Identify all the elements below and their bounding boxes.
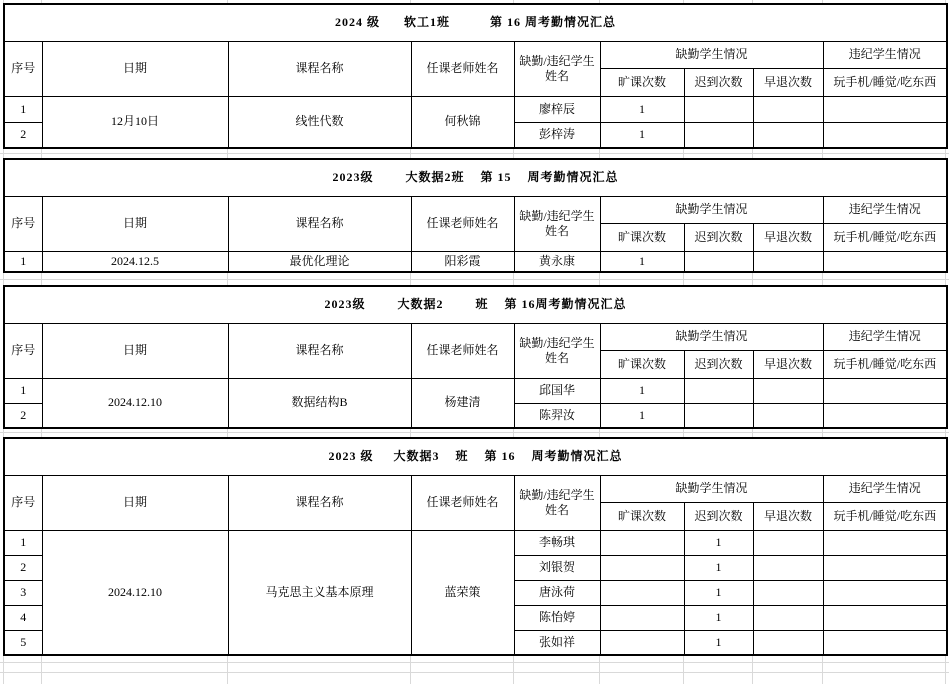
cell-early-count: [753, 378, 823, 403]
header-course: 课程名称: [228, 475, 411, 530]
cell-teacher: 阳彩霞: [411, 251, 514, 272]
cell-truancy-count: [600, 630, 684, 655]
table-title: 2023 级 大数据3 班 第 16 周考勤情况汇总: [4, 438, 947, 475]
table-row: 1 2024.12.10 数据结构B 杨建清 邱国华 1: [4, 378, 947, 403]
table-row: 2023级 大数据2 班 第 16周考勤情况汇总: [4, 286, 947, 323]
header-date: 日期: [42, 475, 228, 530]
header-student: 缺勤/违纪学生姓名: [514, 196, 600, 251]
cell-truancy-count: [600, 530, 684, 555]
header-student: 缺勤/违纪学生姓名: [514, 475, 600, 530]
cell-late-count: 1: [684, 630, 753, 655]
cell-early-count: [753, 605, 823, 630]
header-seq: 序号: [4, 475, 42, 530]
cell-late-count: [684, 403, 753, 428]
cell-violation: [823, 403, 947, 428]
header-late: 迟到次数: [684, 68, 753, 96]
cell-student-name: 唐泳荷: [514, 580, 600, 605]
cell-early-count: [753, 530, 823, 555]
header-violation-detail: 玩手机/睡觉/吃东西: [823, 502, 947, 530]
cell-teacher: 何秋锦: [411, 96, 514, 148]
table-row: 1 12月10日 线性代数 何秋锦 廖梓辰 1: [4, 96, 947, 122]
header-violation-group: 违纪学生情况: [823, 475, 947, 502]
header-seq: 序号: [4, 196, 42, 251]
cell-violation: [823, 555, 947, 580]
header-teacher: 任课老师姓名: [411, 41, 514, 96]
cell-truancy-count: 1: [600, 403, 684, 428]
attendance-table-1: 2024 级 软工1班 第 16 周考勤情况汇总 序号 日期 课程名称 任课老师…: [3, 3, 948, 149]
cell-early-count: [753, 630, 823, 655]
table-row: 2023 级 大数据3 班 第 16 周考勤情况汇总: [4, 438, 947, 475]
header-truancy: 旷课次数: [600, 502, 684, 530]
cell-seq: 4: [4, 605, 42, 630]
header-violation-detail: 玩手机/睡觉/吃东西: [823, 350, 947, 378]
cell-seq: 1: [4, 378, 42, 403]
header-late: 迟到次数: [684, 223, 753, 251]
cell-student-name: 陈羿汝: [514, 403, 600, 428]
cell-seq: 2: [4, 403, 42, 428]
cell-date: 2024.12.5: [42, 251, 228, 272]
table-title: 2023级 大数据2班 第 15 周考勤情况汇总: [4, 159, 947, 196]
header-violation-detail: 玩手机/睡觉/吃东西: [823, 68, 947, 96]
header-early: 早退次数: [753, 68, 823, 96]
header-date: 日期: [42, 41, 228, 96]
header-violation-group: 违纪学生情况: [823, 196, 947, 223]
header-student: 缺勤/违纪学生姓名: [514, 41, 600, 96]
cell-early-count: [753, 403, 823, 428]
cell-seq: 2: [4, 555, 42, 580]
cell-student-name: 彭梓涛: [514, 122, 600, 148]
cell-violation: [823, 630, 947, 655]
cell-student-name: 廖梓辰: [514, 96, 600, 122]
header-truancy: 旷课次数: [600, 350, 684, 378]
header-absent-group: 缺勤学生情况: [600, 475, 823, 502]
header-late: 迟到次数: [684, 350, 753, 378]
table-row: 2023级 大数据2班 第 15 周考勤情况汇总: [4, 159, 947, 196]
header-student: 缺勤/违纪学生姓名: [514, 323, 600, 378]
attendance-table-4: 2023 级 大数据3 班 第 16 周考勤情况汇总 序号 日期 课程名称 任课…: [3, 437, 948, 656]
table-row: 2024 级 软工1班 第 16 周考勤情况汇总: [4, 4, 947, 41]
cell-violation: [823, 605, 947, 630]
cell-student-name: 张如祥: [514, 630, 600, 655]
attendance-table-3: 2023级 大数据2 班 第 16周考勤情况汇总 序号 日期 课程名称 任课老师…: [3, 285, 948, 429]
cell-course: 最优化理论: [228, 251, 411, 272]
header-seq: 序号: [4, 323, 42, 378]
table-row: 序号 日期 课程名称 任课老师姓名 缺勤/违纪学生姓名 缺勤学生情况 违纪学生情…: [4, 41, 947, 68]
cell-seq: 1: [4, 251, 42, 272]
cell-truancy-count: 1: [600, 96, 684, 122]
cell-teacher: 杨建清: [411, 378, 514, 428]
header-violation-group: 违纪学生情况: [823, 41, 947, 68]
cell-late-count: 1: [684, 530, 753, 555]
cell-violation: [823, 96, 947, 122]
cell-date: 2024.12.10: [42, 378, 228, 428]
header-course: 课程名称: [228, 323, 411, 378]
attendance-table-2: 2023级 大数据2班 第 15 周考勤情况汇总 序号 日期 课程名称 任课老师…: [3, 158, 948, 273]
cell-truancy-count: 1: [600, 251, 684, 272]
cell-violation: [823, 251, 947, 272]
header-truancy: 旷课次数: [600, 223, 684, 251]
header-seq: 序号: [4, 41, 42, 96]
table-row: 序号 日期 课程名称 任课老师姓名 缺勤/违纪学生姓名 缺勤学生情况 违纪学生情…: [4, 196, 947, 223]
cell-date: 2024.12.10: [42, 530, 228, 655]
cell-date: 12月10日: [42, 96, 228, 148]
header-date: 日期: [42, 196, 228, 251]
header-absent-group: 缺勤学生情况: [600, 196, 823, 223]
cell-late-count: 1: [684, 605, 753, 630]
header-course: 课程名称: [228, 196, 411, 251]
header-course: 课程名称: [228, 41, 411, 96]
table-row: 序号 日期 课程名称 任课老师姓名 缺勤/违纪学生姓名 缺勤学生情况 违纪学生情…: [4, 475, 947, 502]
table-row: 1 2024.12.10 马克思主义基本原理 蓝荣策 李畅琪 1: [4, 530, 947, 555]
cell-violation: [823, 122, 947, 148]
header-date: 日期: [42, 323, 228, 378]
cell-early-count: [753, 96, 823, 122]
header-late: 迟到次数: [684, 502, 753, 530]
cell-course: 线性代数: [228, 96, 411, 148]
cell-seq: 1: [4, 96, 42, 122]
header-teacher: 任课老师姓名: [411, 323, 514, 378]
cell-seq: 3: [4, 580, 42, 605]
header-truancy: 旷课次数: [600, 68, 684, 96]
cell-seq: 2: [4, 122, 42, 148]
table-row: 1 2024.12.5 最优化理论 阳彩霞 黄永康 1: [4, 251, 947, 272]
cell-seq: 1: [4, 530, 42, 555]
cell-violation: [823, 378, 947, 403]
cell-student-name: 陈怡婷: [514, 605, 600, 630]
table-title: 2023级 大数据2 班 第 16周考勤情况汇总: [4, 286, 947, 323]
cell-late-count: 1: [684, 555, 753, 580]
cell-student-name: 黄永康: [514, 251, 600, 272]
cell-late-count: [684, 122, 753, 148]
cell-truancy-count: [600, 555, 684, 580]
cell-truancy-count: [600, 605, 684, 630]
header-violation-detail: 玩手机/睡觉/吃东西: [823, 223, 947, 251]
cell-late-count: [684, 378, 753, 403]
cell-student-name: 刘银贺: [514, 555, 600, 580]
header-teacher: 任课老师姓名: [411, 196, 514, 251]
cell-early-count: [753, 580, 823, 605]
spreadsheet-page: 2024 级 软工1班 第 16 周考勤情况汇总 序号 日期 课程名称 任课老师…: [0, 0, 949, 684]
cell-teacher: 蓝荣策: [411, 530, 514, 655]
cell-course: 马克思主义基本原理: [228, 530, 411, 655]
table-title: 2024 级 软工1班 第 16 周考勤情况汇总: [4, 4, 947, 41]
cell-early-count: [753, 122, 823, 148]
header-absent-group: 缺勤学生情况: [600, 323, 823, 350]
header-teacher: 任课老师姓名: [411, 475, 514, 530]
cell-late-count: [684, 96, 753, 122]
header-violation-group: 违纪学生情况: [823, 323, 947, 350]
cell-course: 数据结构B: [228, 378, 411, 428]
cell-early-count: [753, 251, 823, 272]
cell-truancy-count: 1: [600, 378, 684, 403]
cell-late-count: 1: [684, 580, 753, 605]
cell-violation: [823, 580, 947, 605]
header-early: 早退次数: [753, 502, 823, 530]
table-row: 序号 日期 课程名称 任课老师姓名 缺勤/违纪学生姓名 缺勤学生情况 违纪学生情…: [4, 323, 947, 350]
cell-truancy-count: 1: [600, 122, 684, 148]
header-absent-group: 缺勤学生情况: [600, 41, 823, 68]
header-early: 早退次数: [753, 223, 823, 251]
header-early: 早退次数: [753, 350, 823, 378]
cell-violation: [823, 530, 947, 555]
cell-truancy-count: [600, 580, 684, 605]
cell-late-count: [684, 251, 753, 272]
cell-student-name: 李畅琪: [514, 530, 600, 555]
cell-early-count: [753, 555, 823, 580]
cell-seq: 5: [4, 630, 42, 655]
cell-student-name: 邱国华: [514, 378, 600, 403]
